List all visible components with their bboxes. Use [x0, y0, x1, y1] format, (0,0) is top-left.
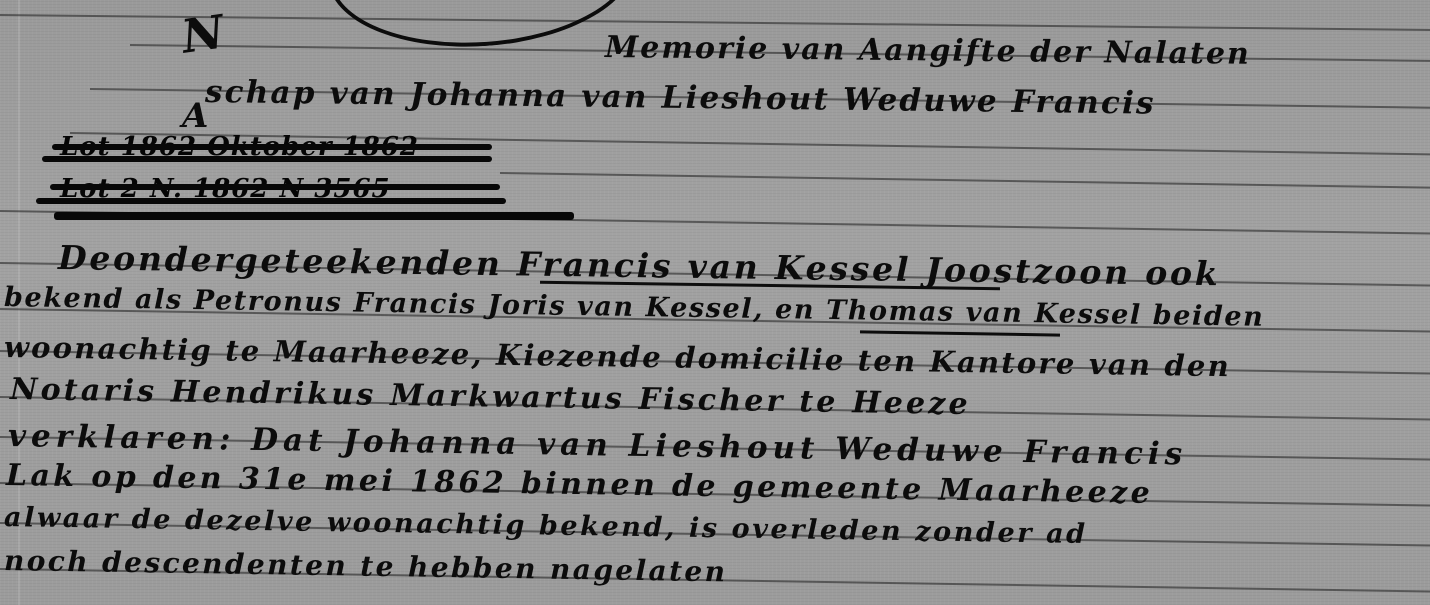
marginal-note: N: [178, 4, 228, 63]
record-title: Memorie van Aangifte der Nalaten: [605, 30, 1251, 72]
strike-line: [36, 198, 506, 204]
struck-reference-block: Lot 1862 Oktober 1862 Lot 2 N. 1862 N 35…: [60, 126, 520, 222]
document-scan: N A Memorie van Aangifte der Nalaten sch…: [0, 0, 1430, 605]
body-line-7: alwaar de dezelve woonachtig bekend, is …: [4, 502, 1088, 550]
record-subtitle: schap van Johanna van Lieshout Weduwe Fr…: [205, 74, 1156, 122]
body-line-4: Notaris Hendrikus Markwartus Fischer te …: [10, 372, 971, 422]
strike-line: [42, 156, 492, 162]
strike-line: [54, 212, 574, 220]
strike-line: [52, 144, 492, 150]
body-line-8: noch descendenten te hebben nagelaten: [4, 544, 728, 588]
name-underline: [860, 330, 1060, 336]
ruled-line: [500, 172, 1430, 199]
strike-line: [50, 184, 500, 190]
